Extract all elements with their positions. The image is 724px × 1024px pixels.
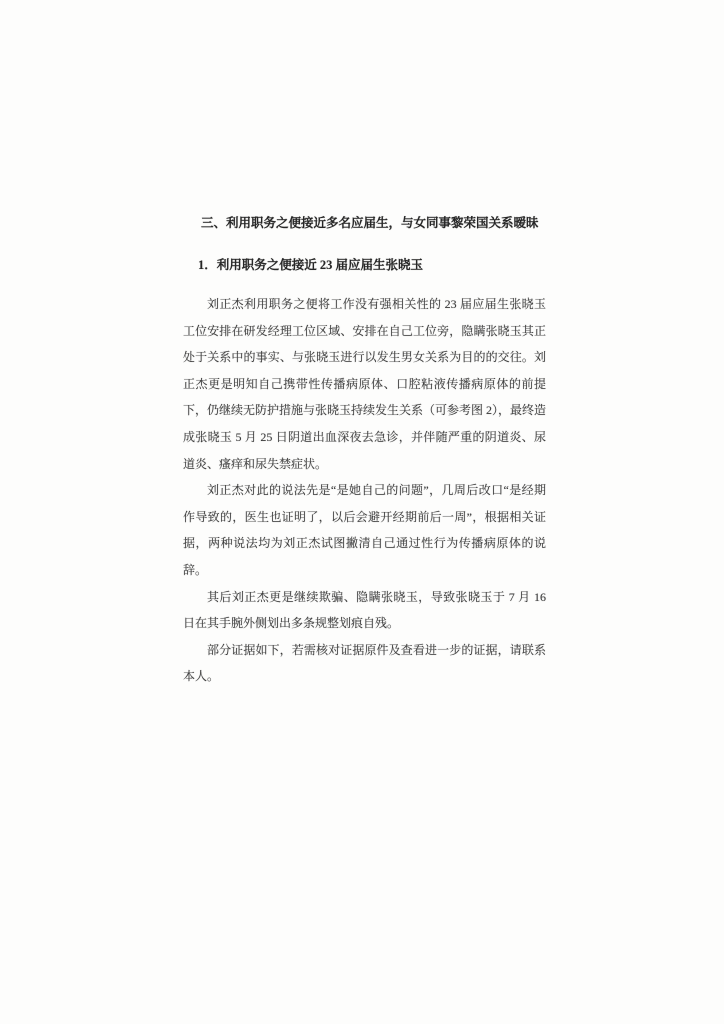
body-paragraph-3: 其后刘正杰更是继续欺骗、隐瞒张晓玉，导致张晓玉于 7 月 16 日在其手腕外侧划… xyxy=(183,584,546,637)
body-paragraph-4: 部分证据如下，若需核对证据原件及查看进一步的证据，请联系本人。 xyxy=(183,637,546,690)
paragraph-container: 刘正杰利用职务之便将工作没有强相关性的 23 届应届生张晓玉工位安排在研发经理工… xyxy=(183,291,546,690)
document-page: 三、利用职务之便接近多名应届生，与女同事黎荣国关系暧昧 1．利用职务之便接近 2… xyxy=(0,0,724,1024)
body-paragraph-2: 刘正杰对此的说法先是“是她自己的问题”，几周后改口“是经期作导致的，医生也证明了… xyxy=(183,477,546,583)
subsection-heading: 1．利用职务之便接近 23 届应届生张晓玉 xyxy=(183,256,546,274)
document-content: 三、利用职务之便接近多名应届生，与女同事黎荣国关系暧昧 1．利用职务之便接近 2… xyxy=(183,214,546,690)
body-paragraph-1: 刘正杰利用职务之便将工作没有强相关性的 23 届应届生张晓玉工位安排在研发经理工… xyxy=(183,291,546,477)
section-heading: 三、利用职务之便接近多名应届生，与女同事黎荣国关系暧昧 xyxy=(183,214,546,232)
